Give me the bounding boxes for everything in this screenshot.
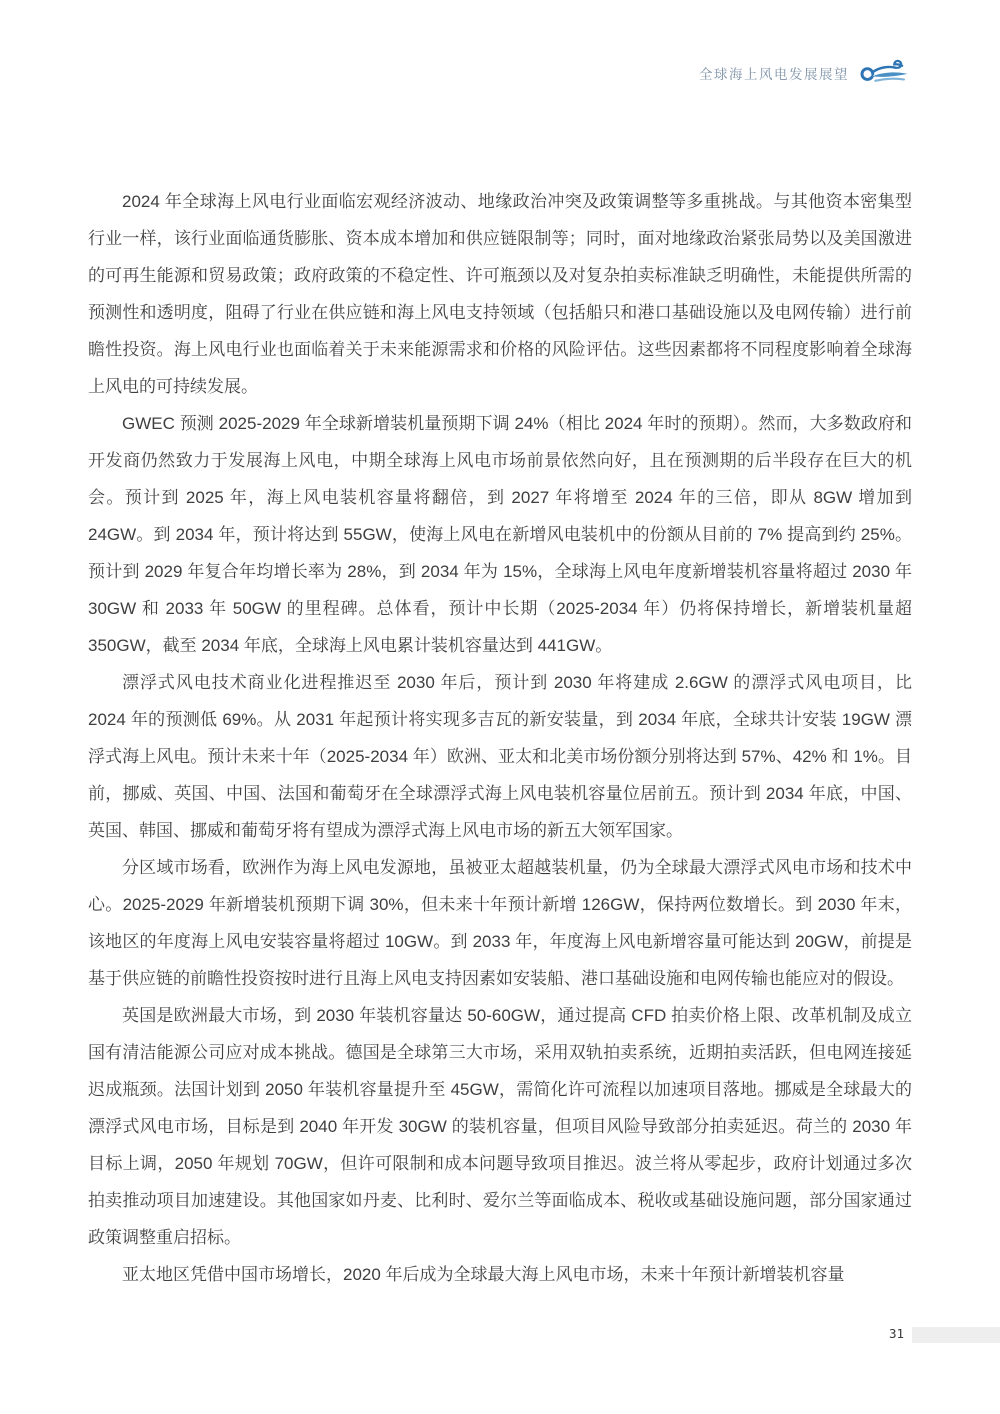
header-title: 全球海上风电发展展望 [699, 63, 849, 83]
paragraph-regional-europe: 分区域市场看，欧洲作为海上风电发源地，虽被亚太超越装机量，仍为全球最大漂浮式风电… [88, 849, 912, 997]
paragraph-asia-pacific: 亚太地区凭借中国市场增长，2020 年后成为全球最大海上风电市场，未来十年预计新… [88, 1256, 912, 1293]
wave-wind-logo-icon [858, 56, 910, 90]
paragraph-gwec-forecast: GWEC 预测 2025-2029 年全球新增装机量预期下调 24%（相比 20… [88, 405, 912, 664]
footer-decorative-bar [912, 1327, 1000, 1343]
document-body: 2024 年全球海上风电行业面临宏观经济波动、地缘政治冲突及政策调整等多重挑战。… [88, 183, 912, 1293]
document-page: 全球海上风电发展展望 2024 年全球海上风电行业面临宏观经济波动、地缘政治冲突… [0, 0, 1000, 1414]
paragraph-industry-challenges: 2024 年全球海上风电行业面临宏观经济波动、地缘政治冲突及政策调整等多重挑战。… [88, 183, 912, 405]
paragraph-floating-wind: 漂浮式风电技术商业化进程推迟至 2030 年后，预计到 2030 年将建成 2.… [88, 664, 912, 849]
paragraph-country-markets: 英国是欧洲最大市场，到 2030 年装机容量达 50-60GW，通过提高 CFD… [88, 997, 912, 1256]
page-header: 全球海上风电发展展望 [699, 56, 910, 90]
page-number: 31 [889, 1326, 904, 1341]
